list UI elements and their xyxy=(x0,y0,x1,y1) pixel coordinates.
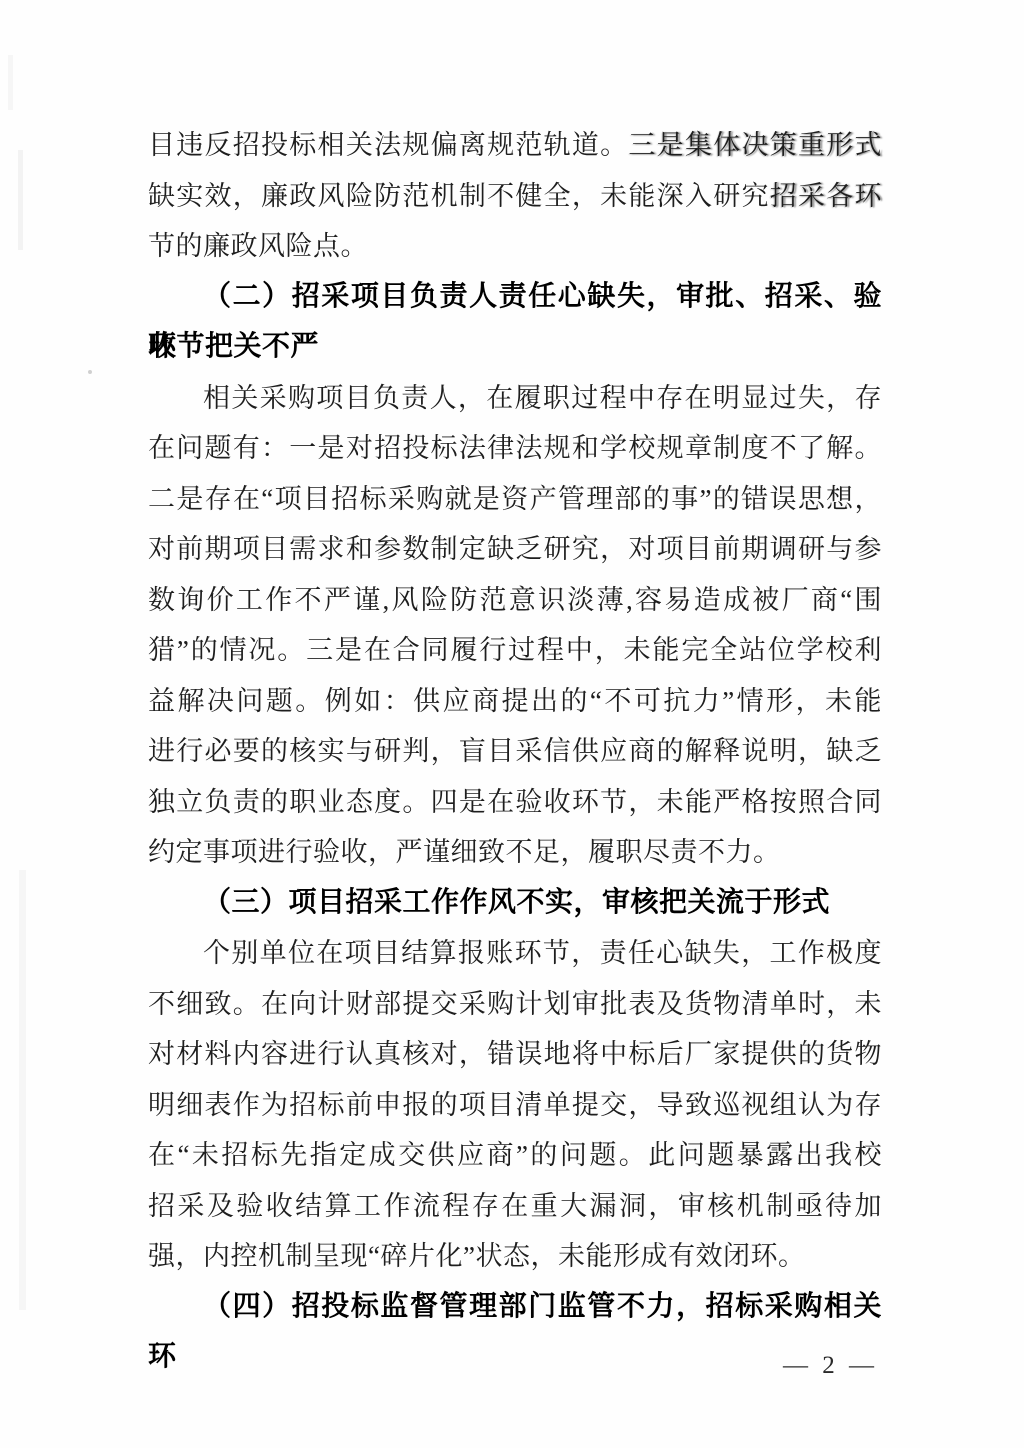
text-line: 进行必要的核实与研判，盲目采信供应商的解释说明，缺乏 xyxy=(148,726,882,777)
text-segment: （四）招投标监督管理部门监管不力，招标采购相关环 xyxy=(148,1291,882,1373)
text-segment: 缺实效，廉政风险防范机制不健全，未能深入研究 xyxy=(148,181,770,211)
scan-artifact xyxy=(18,150,23,250)
text-segment: 强，内控机制呈现“碎片化”状态，未能形成有效闭环。 xyxy=(148,1241,805,1271)
scan-artifact xyxy=(88,370,92,374)
text-line: 二是存在“项目招标采购就是资产管理部的事”的错误思想， xyxy=(148,474,882,525)
text-segment: 个别单位在项目结算报账环节，责任心缺失，工作极度 xyxy=(203,938,882,968)
text-line: 个别单位在项目结算报账环节，责任心缺失，工作极度 xyxy=(148,928,882,979)
text-segment: 明细表作为招标前申报的项目清单提交，导致巡视组认为存 xyxy=(148,1090,882,1120)
text-segment: 数询价工作不严谨,风险防范意识淡薄,容易造成被厂商“围 xyxy=(148,585,882,615)
text-segment: 猎”的情况。三是在合同履行过程中，未能完全站位学校利 xyxy=(148,635,882,665)
text-line: 益解决问题。例如：供应商提出的“不可抗力”情形，未能 xyxy=(148,676,882,727)
heading-line: 环节把关不严 xyxy=(148,322,882,373)
text-segment: 不细致。在向计财部提交采购计划审批表及货物清单时，未 xyxy=(148,989,882,1019)
text-line: 在问题有：一是对招投标法律法规和学校规章制度不了解。 xyxy=(148,423,882,474)
scan-artifact xyxy=(8,55,13,110)
text-segment: 独立负责的职业态度。四是在验收环节，未能严格按照合同 xyxy=(148,787,882,817)
heading-line: （二）招采项目负责人责任心缺失，审批、招采、验收 xyxy=(148,272,882,323)
document-page: 目违反招投标相关法规偏离规范轨道。三是集体决策重形式缺实效，廉政风险防范机制不健… xyxy=(0,0,1024,1448)
text-line: 对前期项目需求和参数制定缺乏研究，对项目前期调研与参 xyxy=(148,524,882,575)
smudged-text-segment: 三是集体决策重形式 xyxy=(628,130,882,160)
text-line: 招采及验收结算工作流程存在重大漏洞，审核机制亟待加 xyxy=(148,1181,882,1232)
text-line: 独立负责的职业态度。四是在验收环节，未能严格按照合同 xyxy=(148,777,882,828)
text-segment: 对材料内容进行认真核对，错误地将中标后厂家提供的货物 xyxy=(148,1039,882,1069)
text-line: 猎”的情况。三是在合同履行过程中，未能完全站位学校利 xyxy=(148,625,882,676)
text-segment: 环节把关不严 xyxy=(148,331,319,362)
text-segment: 目违反招投标相关法规偏离规范轨道。 xyxy=(148,130,628,160)
text-segment: （三）项目招采工作作风不实，审核把关流于形式 xyxy=(203,887,830,918)
text-line: 强，内控机制呈现“碎片化”状态，未能形成有效闭环。 xyxy=(148,1231,882,1282)
text-segment: 在“未招标先指定成交供应商”的问题。此问题暴露出我校 xyxy=(148,1140,882,1170)
heading-line: （三）项目招采工作作风不实，审核把关流于形式 xyxy=(148,878,882,929)
scan-artifact xyxy=(19,870,26,1310)
text-line: 缺实效，廉政风险防范机制不健全，未能深入研究招采各环 xyxy=(148,171,882,222)
text-line: 在“未招标先指定成交供应商”的问题。此问题暴露出我校 xyxy=(148,1130,882,1181)
text-line: 数询价工作不严谨,风险防范意识淡薄,容易造成被厂商“围 xyxy=(148,575,882,626)
text-segment: 在问题有：一是对招投标法律法规和学校规章制度不了解。 xyxy=(148,433,882,463)
text-segment: 约定事项进行验收，严谨细致不足，履职尽责不力。 xyxy=(148,837,781,867)
smudged-text-segment: 招采各环 xyxy=(770,181,882,211)
text-segment: 招采及验收结算工作流程存在重大漏洞，审核机制亟待加 xyxy=(148,1191,882,1221)
text-segment: 益解决问题。例如：供应商提出的“不可抗力”情形，未能 xyxy=(148,686,882,716)
text-line: 相关采购项目负责人，在履职过程中存在明显过失，存 xyxy=(148,373,882,424)
text-segment: 二是存在“项目招标采购就是资产管理部的事”的错误思想， xyxy=(148,484,882,514)
text-segment: 进行必要的核实与研判，盲目采信供应商的解释说明，缺乏 xyxy=(148,736,882,766)
page-number: — 2 — xyxy=(783,1352,878,1380)
heading-line: （四）招投标监督管理部门监管不力，招标采购相关环 xyxy=(148,1282,882,1333)
text-line: 不细致。在向计财部提交采购计划审批表及货物清单时，未 xyxy=(148,979,882,1030)
text-line: 对材料内容进行认真核对，错误地将中标后厂家提供的货物 xyxy=(148,1029,882,1080)
text-line: 约定事项进行验收，严谨细致不足，履职尽责不力。 xyxy=(148,827,882,878)
document-body: 目违反招投标相关法规偏离规范轨道。三是集体决策重形式缺实效，廉政风险防范机制不健… xyxy=(148,120,882,1332)
text-segment: 节的廉政风险点。 xyxy=(148,231,368,261)
text-line: 节的廉政风险点。 xyxy=(148,221,882,272)
text-line: 目违反招投标相关法规偏离规范轨道。三是集体决策重形式 xyxy=(148,120,882,171)
text-segment: 相关采购项目负责人，在履职过程中存在明显过失，存 xyxy=(203,383,882,413)
text-line: 明细表作为招标前申报的项目清单提交，导致巡视组认为存 xyxy=(148,1080,882,1131)
text-segment: 对前期项目需求和参数制定缺乏研究，对项目前期调研与参 xyxy=(148,534,882,564)
